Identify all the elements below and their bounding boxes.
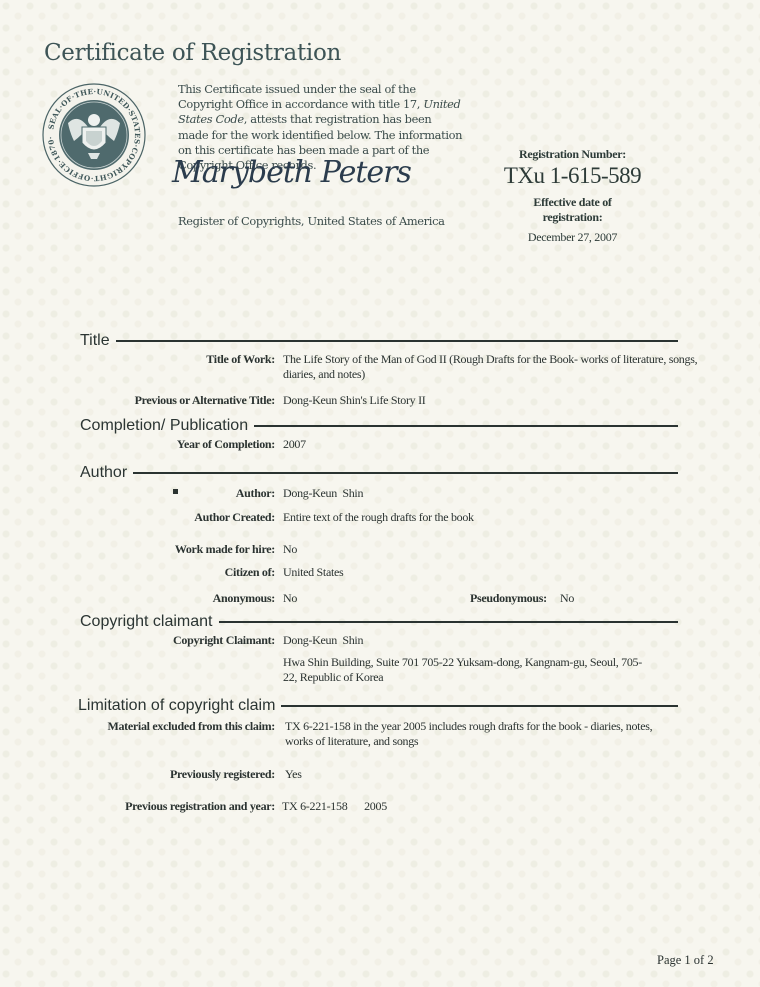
statement-text: This Certificate issued under the seal o… [178,82,423,111]
section-heading-text: Author [80,464,127,482]
author-created-value: Entire text of the rough drafts for the … [283,510,703,525]
previous-registration-number: TX 6-221-158 [282,799,347,813]
field-label: Previous registration and year: [125,799,275,814]
claimant-address-row: Hwa Shin Building, Suite 701 705-22 Yuks… [0,655,760,687]
page-number: Page 1 of 2 [657,953,714,968]
section-rule [116,340,678,342]
citizen-row: Citizen of: United States [0,565,760,581]
claimant-address-value: Hwa Shin Building, Suite 701 705-22 Yuks… [283,655,653,685]
section-rule [219,621,679,623]
section-heading-text: Title [80,332,110,350]
section-rule [254,425,678,427]
field-label: Author: [236,486,275,501]
section-claimant-heading: Copyright claimant [80,613,678,631]
anonymous-row: Anonymous: No Pseudonymous: No [0,591,760,607]
citizen-value: United States [283,565,703,580]
previous-registration-year: 2005 [364,799,387,813]
field-label: Year of Completion: [177,437,275,452]
field-label: Anonymous: [213,591,275,606]
section-completion-heading: Completion/ Publication [80,417,678,435]
material-excluded-row: Material excluded from this claim: TX 6-… [0,719,760,751]
previous-registration-value: TX 6-221-158 2005 [282,799,702,814]
field-label: Material excluded from this claim: [107,719,275,734]
register-signature: Marybeth Peters [172,155,411,190]
claimant-row: Copyright Claimant: Dong-Keun Shin [0,633,760,649]
effective-date-label-line1: Effective date of [490,195,655,210]
bullet-icon [173,489,178,494]
field-label: Author Created: [194,510,275,525]
field-label: Previous or Alternative Title: [135,393,275,408]
effective-date-label: Effective date of registration: [490,195,655,225]
field-label: Copyright Claimant: [173,633,275,648]
work-for-hire-value: No [283,542,703,557]
registration-number-label: Registration Number: [490,147,655,162]
certificate-title: Certificate of Registration [44,40,341,66]
material-excluded-value: TX 6-221-158 in the year 2005 includes r… [285,719,655,749]
author-value: Dong-Keun Shin [283,486,703,501]
section-title-heading: Title [80,332,678,350]
copyright-office-seal-icon: SEAL·OF·THE·UNITED·STATES·COPYRIGHT·OFFI… [42,83,146,187]
pseudonymous-value: No [560,591,574,606]
pseudonymous-label: Pseudonymous: [470,591,547,606]
field-label: Previously registered: [170,767,275,782]
field-label: Citizen of: [225,565,275,580]
section-author-heading: Author [80,464,678,482]
title-of-work-row: Title of Work: The Life Story of the Man… [0,352,760,384]
section-heading-text: Limitation of copyright claim [78,697,275,715]
previously-registered-value: Yes [285,767,705,782]
claimant-value: Dong-Keun Shin [283,633,703,648]
previous-registration-row: Previous registration and year: TX 6-221… [0,799,760,815]
alt-title-value: Dong-Keun Shin's Life Story II [283,393,703,408]
registration-number: TXu 1-615-589 [490,163,655,189]
field-label: Work made for hire: [175,542,275,557]
section-heading-text: Copyright claimant [80,613,213,631]
effective-date: December 27, 2007 [490,230,655,245]
section-rule [281,705,678,707]
title-of-work-value: The Life Story of the Man of God II (Rou… [283,352,703,382]
year-of-completion-value: 2007 [283,437,703,452]
author-row: Author: Dong-Keun Shin [0,486,760,502]
section-limitation-heading: Limitation of copyright claim [78,697,678,715]
work-for-hire-row: Work made for hire: No [0,542,760,558]
register-title: Register of Copyrights, United States of… [178,214,445,228]
previously-registered-row: Previously registered: Yes [0,767,760,783]
registration-block: Registration Number: TXu 1-615-589 Effec… [490,147,655,245]
author-created-row: Author Created: Entire text of the rough… [0,510,760,526]
section-heading-text: Completion/ Publication [80,417,248,435]
section-rule [133,472,678,474]
effective-date-label-line2: registration: [490,210,655,225]
year-of-completion-row: Year of Completion: 2007 [0,437,760,453]
alt-title-row: Previous or Alternative Title: Dong-Keun… [0,393,760,409]
field-label: Title of Work: [206,352,275,367]
